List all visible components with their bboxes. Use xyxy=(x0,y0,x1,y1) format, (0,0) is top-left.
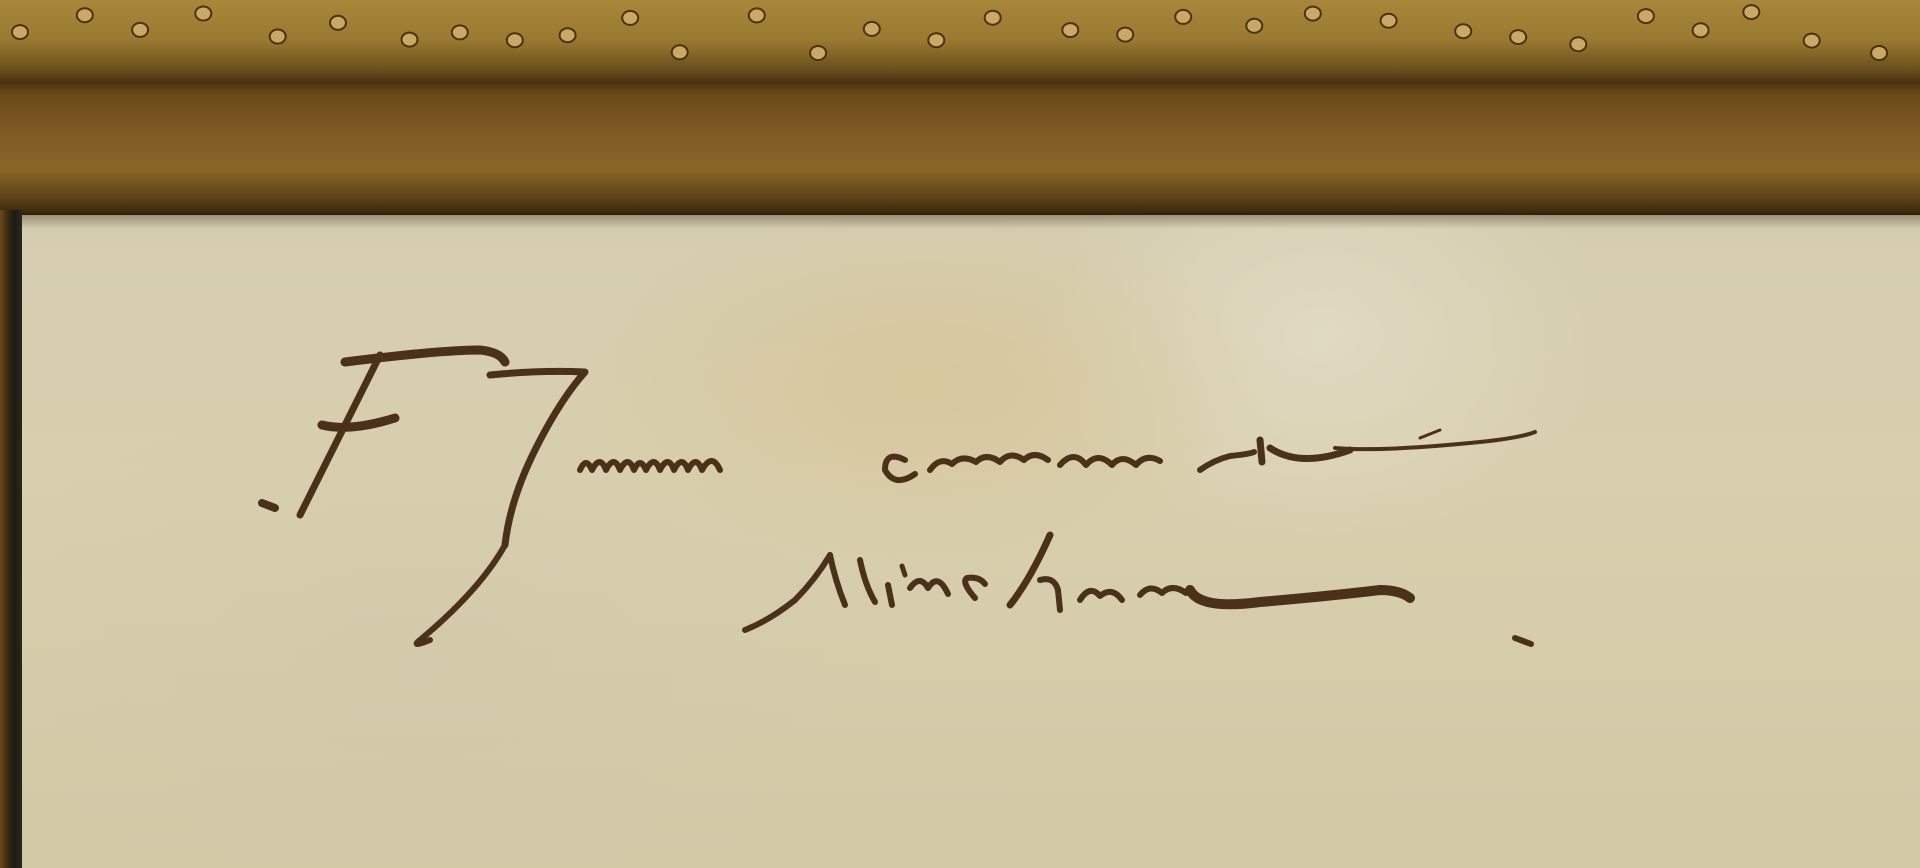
painted-signature xyxy=(0,0,1920,868)
